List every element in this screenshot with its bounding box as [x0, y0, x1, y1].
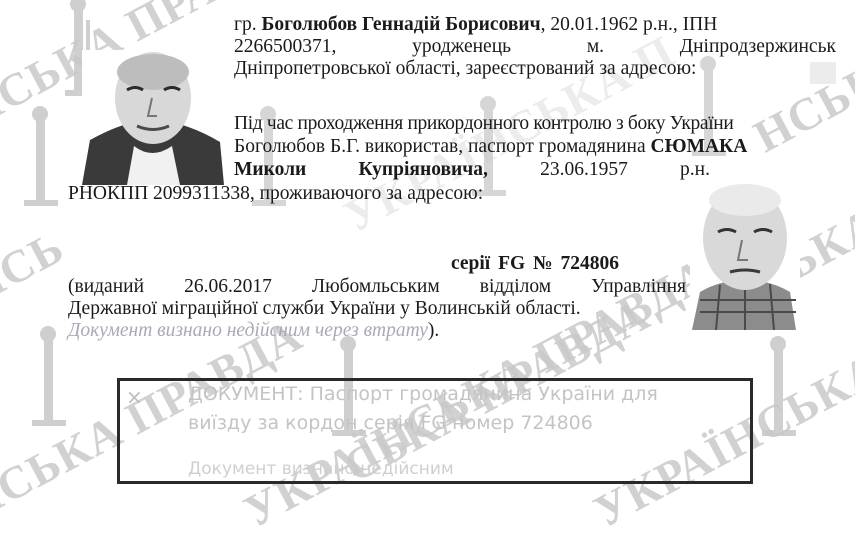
- punctuation: ).: [428, 320, 439, 341]
- person1-birthplace: Дніпродзержинськ: [680, 36, 836, 58]
- person1-line3: Дніпропетровської області, зареєстровани…: [234, 58, 696, 80]
- word: Любомльським: [312, 276, 440, 298]
- word: м.: [587, 36, 604, 58]
- passport-invalid-line: Документ визнано недійсним через втрату)…: [68, 320, 439, 342]
- para2-line3: Миколи Купріяновича, 23.06.1957 р.н.: [234, 159, 710, 181]
- redacted-address: [810, 62, 836, 84]
- overlay-line3: Документ визнано недійсним: [188, 459, 454, 479]
- person1-ipn: 2266500371,: [234, 36, 336, 58]
- holder-birthdate: 23.06.1957: [540, 159, 628, 181]
- person1-line1: гр. Боголюбов Геннадій Борисович, 20.01.…: [234, 14, 836, 36]
- person1-line2: 2266500371, уродженець м. Дніпродзержинс…: [234, 36, 836, 58]
- holder-patronymic: Купріяновича,: [359, 159, 488, 181]
- issue-date: 26.06.2017: [184, 276, 272, 298]
- photo-siumak: [690, 180, 800, 330]
- para2-line1: Під час проходження прикордонного контро…: [234, 113, 733, 135]
- para2-line2: Боголюбов Б.Г. використав, паспорт грома…: [234, 136, 747, 158]
- passport-issued-line2: Державної міграційної служби України у В…: [68, 298, 581, 320]
- para2-text: Боголюбов Б.Г. використав, паспорт грома…: [234, 136, 651, 157]
- watermark-figure-icon: [22, 100, 62, 230]
- word: р.н.: [680, 159, 710, 181]
- watermark-text: НСЬ: [0, 220, 72, 315]
- para2-line4: РНОКПП 2099311338, проживаючого за адрес…: [68, 183, 483, 205]
- photo-boholiubov: [82, 50, 224, 185]
- watermark-figure-icon: [760, 330, 800, 460]
- watermark-figure-icon: [30, 320, 70, 450]
- word: відділом: [480, 276, 551, 298]
- word: Управління: [591, 276, 686, 298]
- document-status-box: × ДОКУМЕНТ: Паспорт громадянина України …: [117, 378, 753, 484]
- passport-number: серії FG № 724806: [451, 253, 619, 274]
- holder-name: Миколи: [234, 159, 306, 181]
- word: (виданий: [68, 276, 144, 298]
- holder-surname: СЮМАКА: [651, 136, 748, 157]
- citizen-prefix: гр.: [234, 14, 257, 35]
- close-icon: ×: [126, 385, 143, 409]
- person1-birth: , 20.01.1962 р.н., ІПН: [541, 14, 718, 35]
- passport-series: серії FG № 724806: [451, 253, 619, 275]
- overlay-line2: виїзду за кордон серія FG номер 724806: [188, 412, 593, 434]
- invalid-note: Документ визнано недійсним через втрату: [68, 320, 428, 341]
- person1-name: Боголюбов Геннадій Борисович: [262, 14, 541, 35]
- overlay-line1: ДОКУМЕНТ: Паспорт громадянина України дл…: [188, 383, 658, 405]
- word: уродженець: [412, 36, 511, 58]
- passport-issued-line1: (виданий 26.06.2017 Любомльським відділо…: [68, 276, 686, 298]
